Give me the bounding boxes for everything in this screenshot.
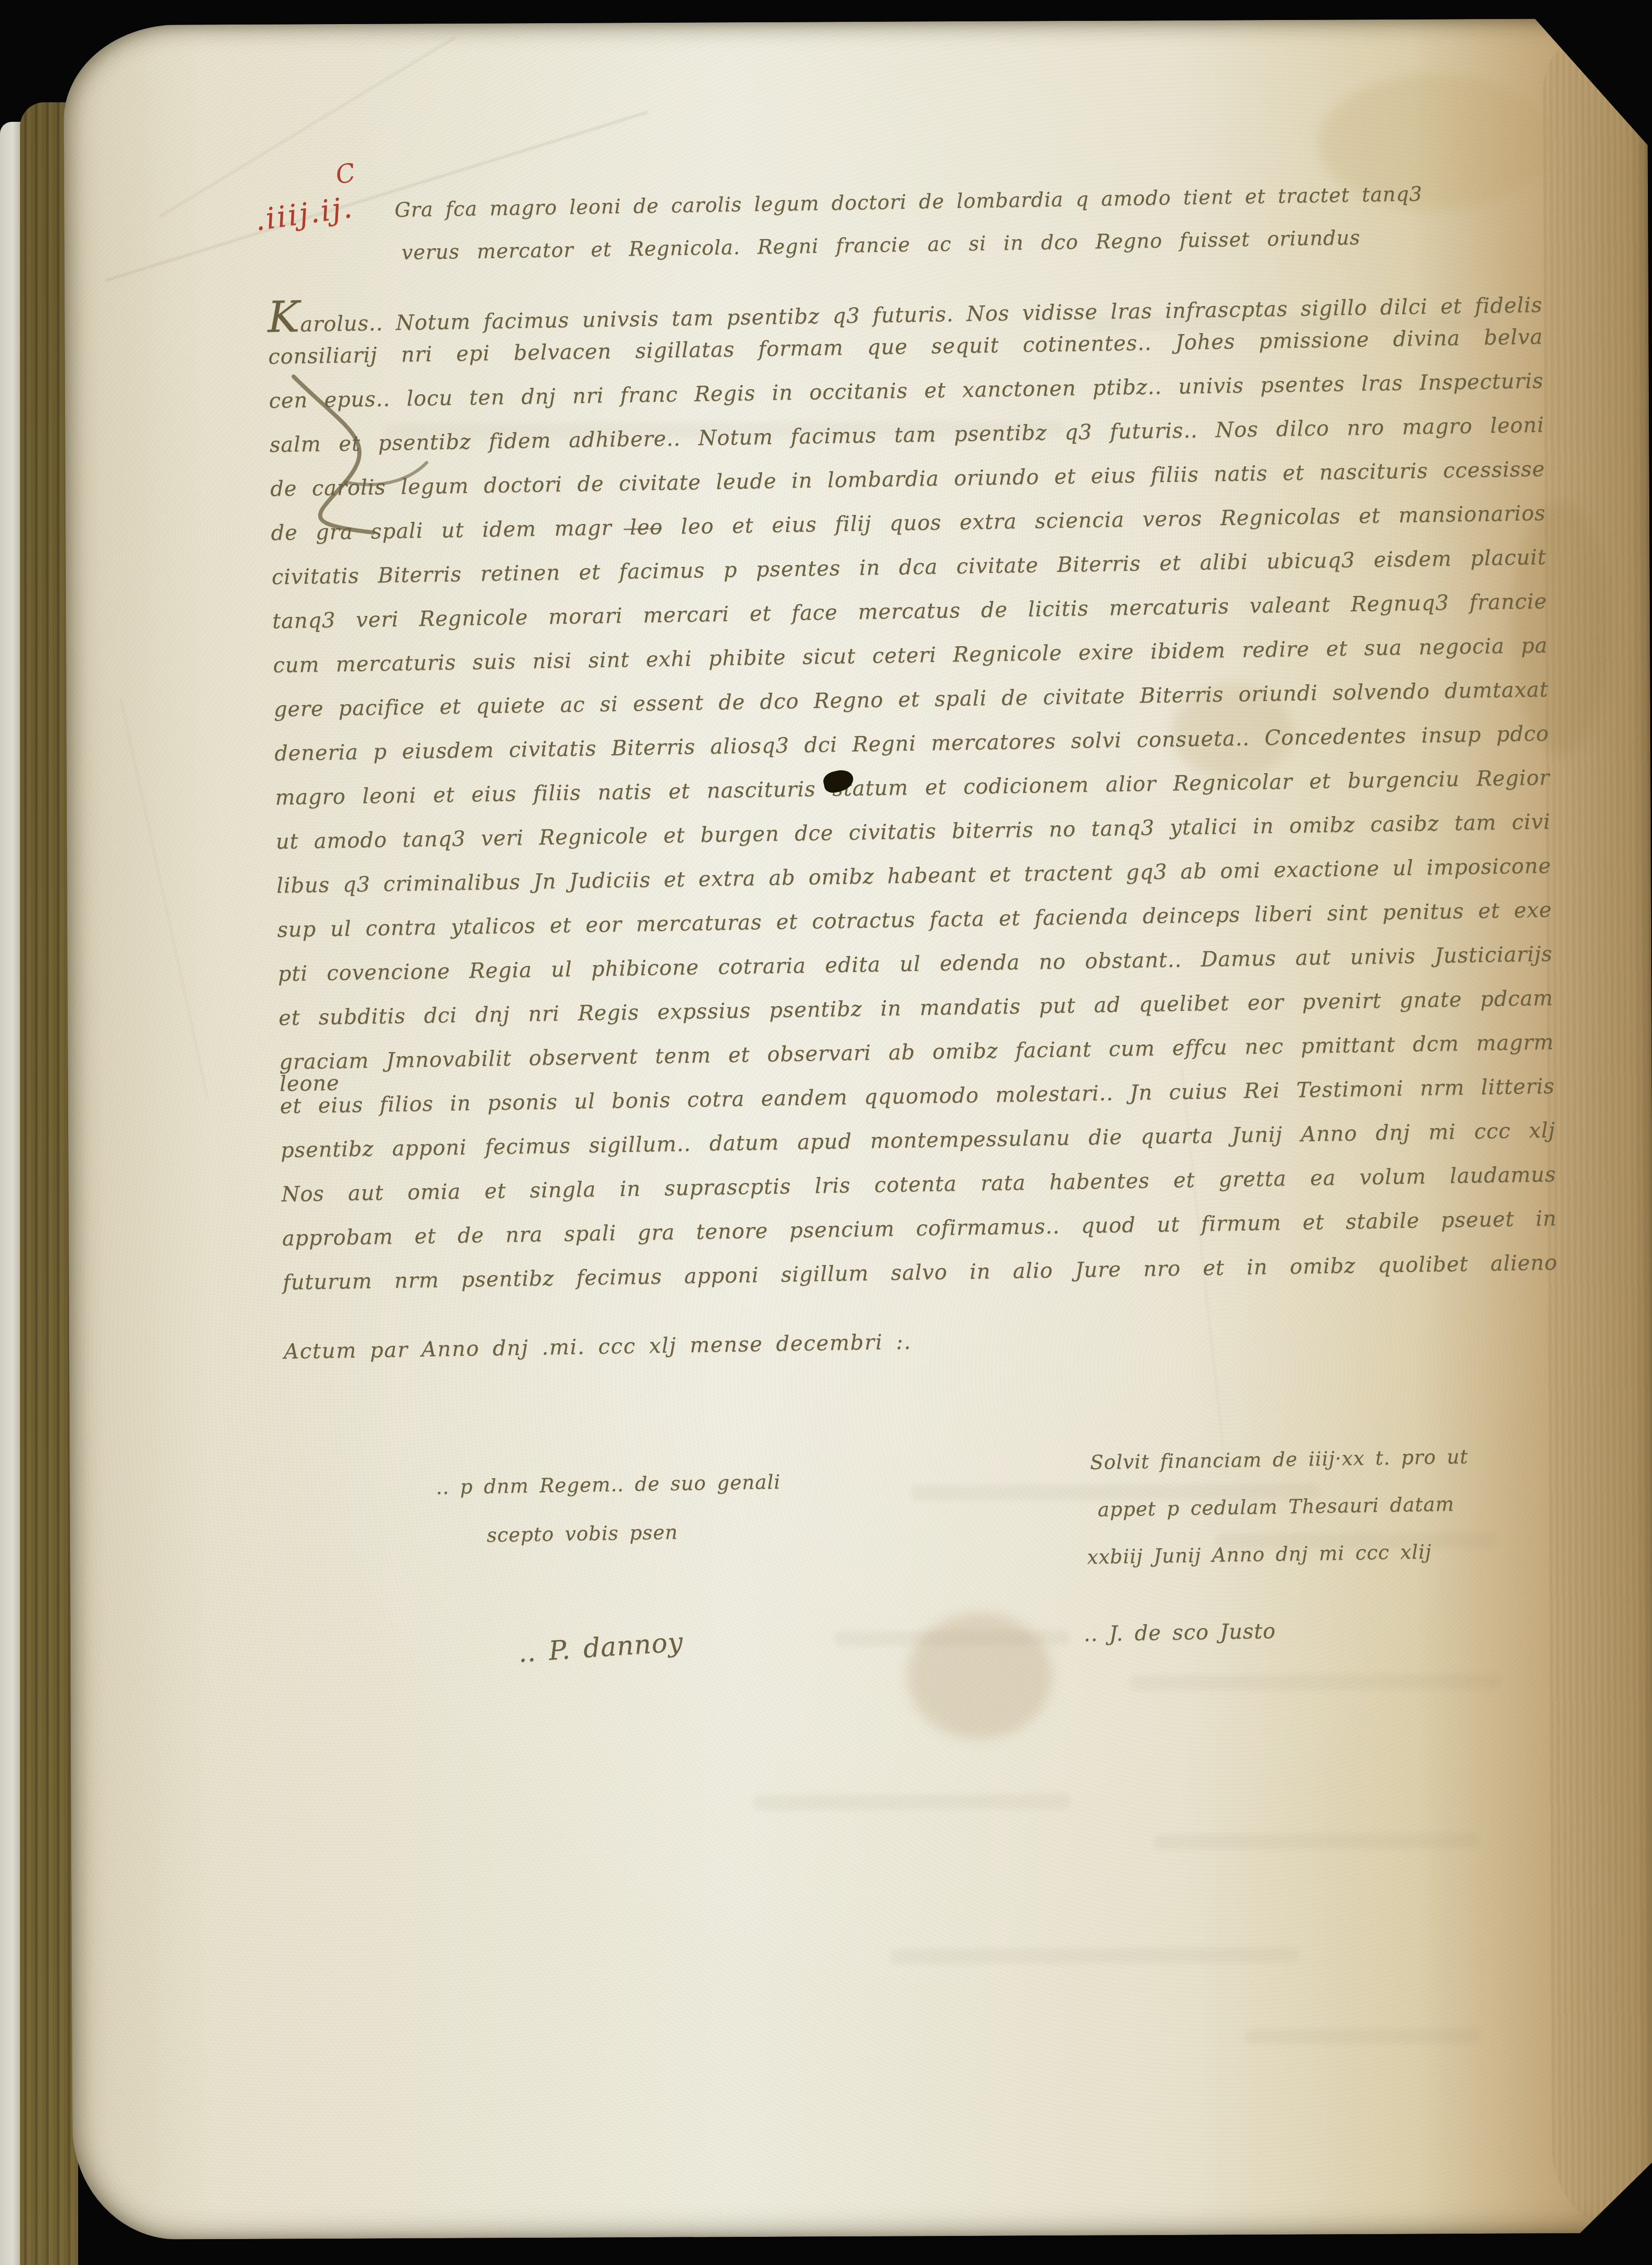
- manuscript-page: C .iiij.ij. Gra fca magro leoni de carol…: [63, 18, 1652, 2240]
- body-line: psentibz apponi fecimus sigillum.. datum…: [280, 1119, 1555, 1161]
- body-line: de gra spali ut idem magr l̶e̶o̶ leo et …: [271, 502, 1546, 544]
- body-line: pti covencione Regia ul phibicone cotrar…: [278, 943, 1552, 985]
- entry-header-line-2: verus mercator et Regnicola. Regni franc…: [401, 228, 1360, 263]
- body-line: approbam et de nra spali gra tenore psen…: [282, 1207, 1557, 1249]
- text-layer: C .iiij.ij. Gra fca magro leoni de carol…: [61, 2, 1652, 2241]
- body-line: cen epus.. locu ten dnj nri franc Regis …: [269, 370, 1543, 411]
- body-line: magro leoni et eius filiis natis et nasc…: [275, 766, 1550, 808]
- manuscript-photo: C .iiij.ij. Gra fca magro leoni de carol…: [0, 0, 1652, 2265]
- body-line: Nos aut omia et singla in suprascptis lr…: [281, 1163, 1556, 1205]
- folio-rubric-paraph: C: [333, 158, 358, 190]
- signature-right-line-1: Solvit financiam de iiij·xx t. pro ut: [1090, 1445, 1468, 1474]
- body-line: deneria p eiusdem civitatis Biterris ali…: [275, 722, 1549, 764]
- body-line: de carolis legum doctori de civitate leu…: [270, 458, 1545, 500]
- body-line: tanq3 veri Regnicole morari mercari et f…: [272, 590, 1547, 632]
- folio-rubric-number: .iiij.ij.: [253, 190, 356, 237]
- body-line: libus q3 criminalibus Jn Judiciis et ext…: [276, 855, 1551, 896]
- body-line: sup ul contra ytalicos et eor mercaturas…: [277, 899, 1552, 940]
- body-line: gere pacifice et quiete ac si essent de …: [274, 678, 1548, 720]
- body-line: et subditis dci dnj nri Regis expssius p…: [279, 987, 1553, 1029]
- signature-left-line-2: scepto vobis psen: [487, 1521, 679, 1547]
- signature-right-line-3: xxbiij Junij Anno dnj mi ccc xlij: [1087, 1540, 1432, 1569]
- body-line: futurum nrm psentibz fecimus apponi sigi…: [283, 1251, 1557, 1293]
- entry-header-line-1: Gra fca magro leoni de carolis legum doc…: [394, 184, 1422, 220]
- body-line: civitatis Biterris retinen et facimus p …: [271, 546, 1546, 588]
- signature-left-name: .. P. dannoy: [517, 1626, 684, 1669]
- body-line: cum mercaturis suis nisi sint exhi phibi…: [273, 634, 1547, 676]
- signature-right-line-2: appet p cedulam Thesauri datam: [1098, 1493, 1455, 1521]
- previous-page-edge: [0, 122, 21, 2265]
- body-line: ut amodo tanq3 veri Regnicole et burgen …: [276, 810, 1551, 852]
- signature-left-line-1: .. p dnm Regem.. de suo genali: [436, 1471, 781, 1499]
- signature-right-name: .. J. de sco Justo: [1083, 1619, 1276, 1646]
- body-line-actum: Actum par Anno dnj .mi. ccc xlj mense de…: [284, 1330, 912, 1362]
- body-line: salm et psentibz fidem adhibere.. Notum …: [270, 414, 1544, 455]
